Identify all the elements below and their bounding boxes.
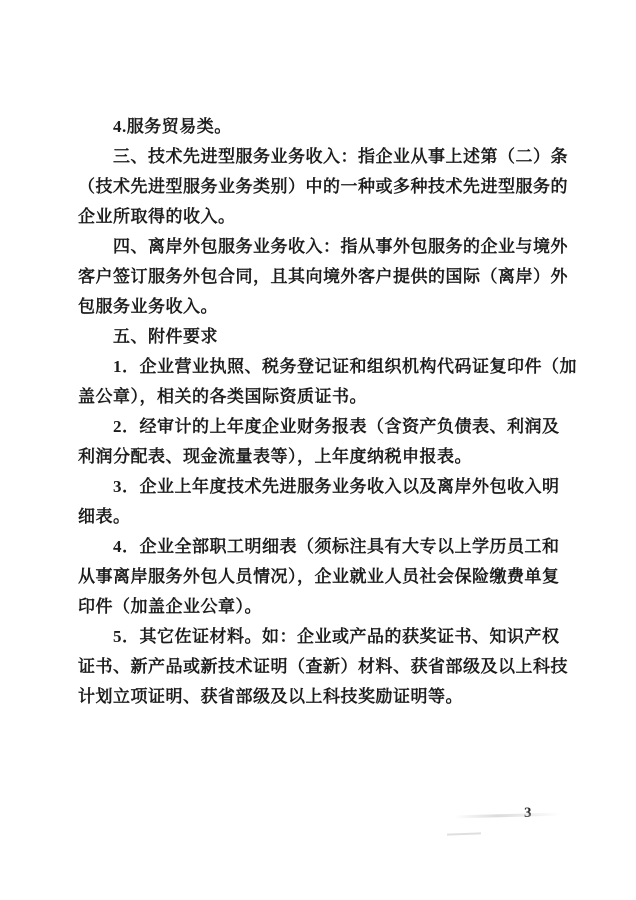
text-line: 4．企业全部职工明细表（须标注具有大专以上学历员工和 [78,532,570,562]
text-line: 4.服务贸易类。 [78,112,570,142]
text-line: 利润分配表、现金流量表等），上年度纳税申报表。 [78,442,570,472]
text-line: 印件（加盖企业公章）。 [78,592,570,622]
text-line: 5．其它佐证材料。如：企业或产品的获奖证书、知识产权 [78,622,570,652]
text-line: 计划立项证明、获省部级及以上科技奖励证明等。 [78,682,570,712]
text-line: 客户签订服务外包合同，且其向境外客户提供的国际（离岸）外 [78,262,570,292]
text-line: 三、技术先进型服务业务收入：指企业从事上述第（二）条 [78,142,570,172]
text-line: 从事离岸服务外包人员情况），企业就业人员社会保险缴费单复 [78,562,570,592]
text-line: 细表。 [78,502,570,532]
text-line: （技术先进型服务业务类别）中的一种或多种技术先进型服务的 [78,172,570,202]
text-line: 1．企业营业执照、税务登记证和组织机构代码证复印件（加 [78,352,570,382]
text-line: 3．企业上年度技术先进服务业务收入以及离岸外包收入明 [78,472,570,502]
text-line: 企业所取得的收入。 [78,202,570,232]
scan-artifact [455,813,560,819]
document-page: 4.服务贸易类。三、技术先进型服务业务收入：指企业从事上述第（二）条（技术先进型… [0,0,636,900]
text-line: 五、附件要求 [78,322,570,352]
text-line: 盖公章），相关的各类国际资质证书。 [78,382,570,412]
scan-artifact [447,832,481,835]
document-body: 4.服务贸易类。三、技术先进型服务业务收入：指企业从事上述第（二）条（技术先进型… [78,112,570,712]
text-line: 证书、新产品或新技术证明（查新）材料、获省部级及以上科技 [78,652,570,682]
text-line: 2．经审计的上年度企业财务报表（含资产负债表、利润及 [78,412,570,442]
text-line: 包服务业务收入。 [78,292,570,322]
text-line: 四、离岸外包服务业务收入：指从事外包服务的企业与境外 [78,232,570,262]
